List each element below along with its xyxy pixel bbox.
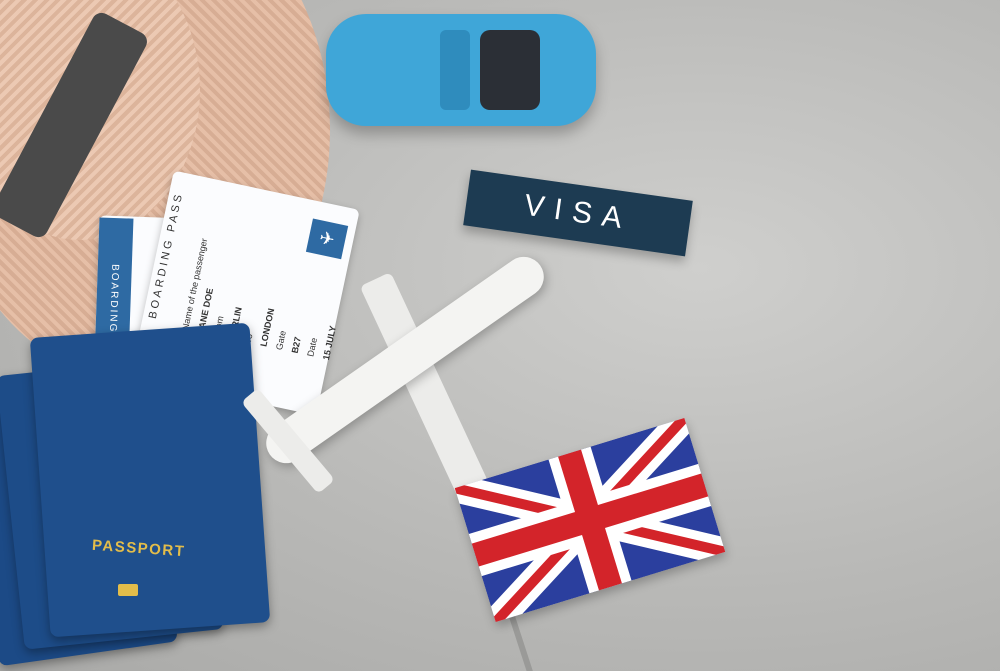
car-roof	[440, 30, 470, 110]
uk-flag	[455, 418, 725, 622]
airplane-icon: ✈	[306, 219, 348, 260]
car-windshield	[480, 30, 540, 110]
passport-top	[30, 323, 270, 638]
visa-sign: VISA	[463, 170, 693, 257]
biometric-chip-icon	[118, 584, 138, 596]
